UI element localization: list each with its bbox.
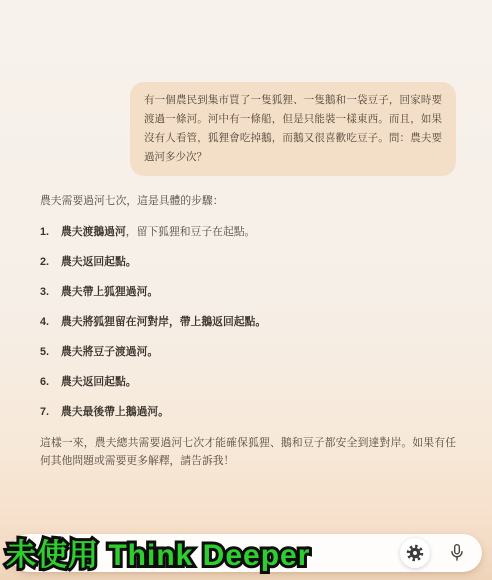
step-bold-text: 農夫渡鵝過河 — [61, 226, 126, 238]
steps-list: 1.農夫渡鵝過河，留下狐狸和豆子在起點。2.農夫返回起點。3.農夫帶上狐狸過河。… — [40, 223, 456, 421]
step-item: 3.農夫帶上狐狸過河。 — [40, 283, 456, 301]
think-deeper-toggle-button[interactable] — [400, 538, 430, 568]
step-bold-text: 農夫將豆子渡過河。 — [61, 346, 158, 358]
step-bold-text: 農夫返回起點。 — [61, 376, 137, 388]
step-item: 1.農夫渡鵝過河，留下狐狸和豆子在起點。 — [40, 223, 456, 241]
microphone-icon — [447, 542, 467, 564]
step-number: 4. — [40, 313, 54, 331]
step-item: 2.農夫返回起點。 — [40, 253, 456, 271]
microphone-button[interactable] — [444, 538, 470, 568]
step-number: 6. — [40, 373, 54, 391]
chat-scroll-area: 有一個農民到集市買了一隻狐狸、一隻鵝和一袋豆子，回家時要渡過一條河。河中有一條船… — [0, 0, 492, 520]
step-item: 6.農夫返回起點。 — [40, 373, 456, 391]
step-bold-text: 農夫將狐狸留在河對岸，帶上鵝返回起點。 — [61, 316, 266, 328]
assistant-message: 農夫需要過河七次，這是具體的步驟： 1.農夫渡鵝過河，留下狐狸和豆子在起點。2.… — [40, 192, 456, 470]
assistant-intro-text: 農夫需要過河七次，這是具體的步驟： — [40, 192, 456, 210]
step-bold-text: 農夫返回起點。 — [61, 256, 137, 268]
step-number: 1. — [40, 223, 54, 241]
step-item: 5.農夫將豆子渡過河。 — [40, 343, 456, 361]
step-bold-text: 農夫帶上狐狸過河。 — [61, 286, 158, 298]
step-rest-text: ，留下狐狸和豆子在起點。 — [126, 226, 256, 238]
step-number: 7. — [40, 403, 54, 421]
user-message-bubble: 有一個農民到集市買了一隻狐狸、一隻鵝和一袋豆子，回家時要渡過一條河。河中有一條船… — [130, 82, 456, 176]
gear-icon — [406, 544, 424, 562]
step-number: 5. — [40, 343, 54, 361]
step-item: 7.農夫最後帶上鵝過河。 — [40, 403, 456, 421]
step-number: 3. — [40, 283, 54, 301]
step-item: 4.農夫將狐狸留在河對岸，帶上鵝返回起點。 — [40, 313, 456, 331]
annotation-caption: 未使用 Think Deeper — [6, 530, 310, 574]
assistant-closing-text: 這樣一來，農夫總共需要過河七次才能確保狐狸、鵝和豆子都安全到達對岸。如果有任何其… — [40, 434, 456, 470]
step-bold-text: 農夫最後帶上鵝過河。 — [61, 406, 169, 418]
step-number: 2. — [40, 253, 54, 271]
